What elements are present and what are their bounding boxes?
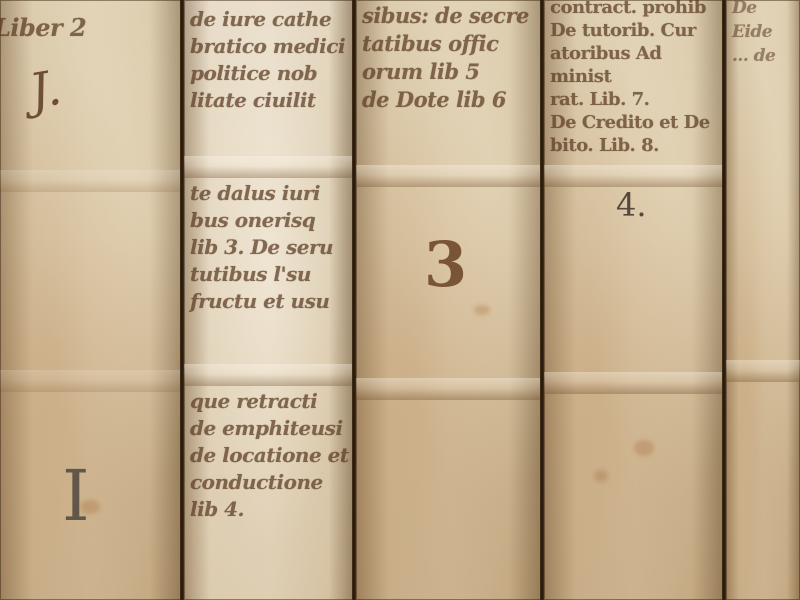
book-spine-2: de iure cathe bratico medici politice no… <box>184 0 354 600</box>
spine-title-block-1: de iure cathe bratico medici politice no… <box>190 6 350 114</box>
stain <box>80 500 100 514</box>
spine-band <box>544 165 724 187</box>
spine-band <box>356 165 542 187</box>
stain <box>634 440 654 456</box>
stain <box>474 305 490 315</box>
volume-numeral: 4. <box>616 186 647 224</box>
book-spines-photo: Liber 2 J. I de iure cathe bratico medic… <box>0 0 800 600</box>
spine-title-block-1: De Eide ... de <box>732 0 796 68</box>
spine-band <box>356 378 542 400</box>
spine-band <box>184 156 354 178</box>
spine-title: Liber 2 <box>0 14 178 41</box>
spine-title-block-1: contract. prohib De tutorib. Cur atoribu… <box>550 0 720 157</box>
stain <box>594 470 608 482</box>
spine-title-block-2: te dalus iuri bus onerisq lib 3. De seru… <box>190 180 350 315</box>
volume-numeral: I <box>62 455 90 537</box>
volume-numeral: 3 <box>424 228 467 301</box>
spine-band <box>544 372 724 394</box>
spine-band <box>0 170 182 192</box>
book-spine-1: Liber 2 J. I <box>0 0 182 600</box>
spine-band <box>184 364 354 386</box>
spine-band <box>726 360 800 382</box>
spine-title-block-3: que retracti de emphiteusi de locatione … <box>190 388 350 523</box>
spine-title-block-1: sibus: de secre tatibus offic orum lib 5… <box>362 2 538 114</box>
book-spine-4: contract. prohib De tutorib. Cur atoribu… <box>544 0 724 600</box>
spine-band <box>0 370 182 392</box>
spine-mark: J. <box>25 60 65 120</box>
book-spine-3: sibus: de secre tatibus offic orum lib 5… <box>356 0 542 600</box>
book-spine-5: De Eide ... de <box>726 0 800 600</box>
